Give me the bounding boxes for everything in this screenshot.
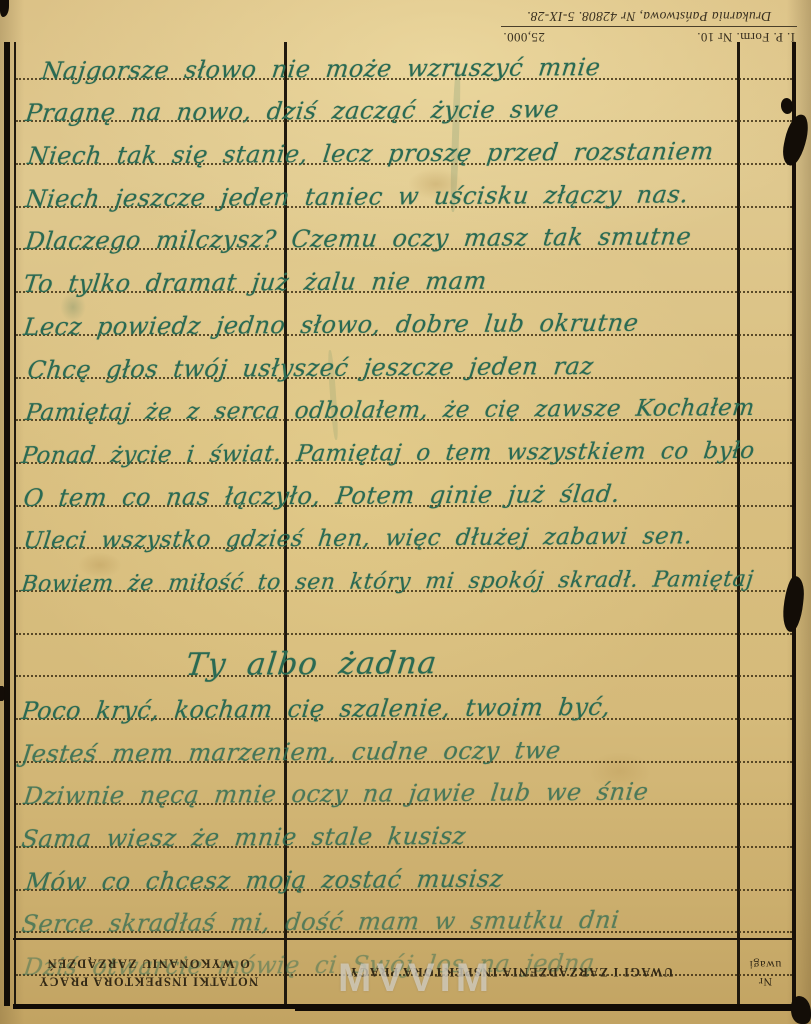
notatki-line2: O WYKONANIU ZARZĄDZEŃ	[38, 954, 258, 972]
blank-ruled-row	[16, 592, 792, 635]
manuscript-row: Niech jeszcze jeden taniec w uścisku złą…	[16, 165, 792, 208]
manuscript-row: Sama wiesz że mnie stale kusisz	[16, 805, 792, 848]
manuscript-row: Chcę głos twój usłyszeć jeszcze jeden ra…	[16, 336, 792, 379]
uwagi-label: uwagi	[749, 955, 781, 972]
notatki-line1: NOTATKI INSPEKTORA PRACY	[38, 972, 258, 990]
imprint-form-number: I. P. Form. Nr 10.	[697, 29, 795, 45]
manuscript-row: Pragnę na nowo, dziś zacząć życie swe	[16, 80, 792, 123]
manuscript-row: Dziwnie nęcą mnie oczy na jawie lub we ś…	[16, 763, 792, 806]
scanned-form-page: I. P. Form. Nr 10. 25,000. Drukarnia Pań…	[0, 0, 811, 1024]
header-cell-notatki: NOTATKI INSPEKTORA PRACY O WYKONANIU ZAR…	[13, 940, 284, 1004]
nr-label: Nr	[749, 972, 781, 989]
header-cell-nr-uwagi-text: Nr uwagi	[749, 955, 781, 990]
manuscript-area: Najgorsze słowo nie może wzruszyć mniePr…	[16, 37, 792, 976]
header-cell-notatki-text: NOTATKI INSPEKTORA PRACY O WYKONANIU ZAR…	[38, 954, 258, 990]
ink-blot-bottom-right	[791, 996, 811, 1024]
manuscript-row: O tem co nas łączyło, Potem ginie już śl…	[16, 464, 792, 507]
imprint-rule	[501, 26, 797, 27]
imprint-copies: 25,000.	[503, 29, 545, 45]
printer-imprint: I. P. Form. Nr 10. 25,000. Drukarnia Pań…	[501, 8, 797, 46]
manuscript-row: Ponad życie i świat. Pamiętaj o tem wszy…	[16, 421, 792, 464]
manuscript-row: Mów co chcesz moją zostać musisz	[16, 848, 792, 891]
manuscript-row: Jesteś mem marzeniem, cudne oczy twe	[16, 720, 792, 763]
bottom-border-offset-line	[295, 1007, 800, 1011]
imprint-form-row: I. P. Form. Nr 10. 25,000.	[501, 28, 797, 46]
manuscript-row: Dlaczego milczysz? Czemu oczy masz tak s…	[16, 208, 792, 251]
imprint-printer-name: Drukarnia Państwowa, Nr 42808. 5-IX-28.	[501, 8, 797, 24]
manuscript-row: Pamiętaj że z serca odbolałem, że cię za…	[16, 379, 792, 422]
manuscript-row: To tylko dramat już żalu nie mam	[16, 250, 792, 293]
archive-watermark: MVVIM	[338, 956, 494, 1001]
ink-blot-top-left	[0, 0, 9, 17]
manuscript-row: Uleci wszystko gdzieś hen, więc dłużej z…	[16, 507, 792, 550]
manuscript-row: Niech tak się stanie, lecz proszę przed …	[16, 122, 792, 165]
manuscript-row: Lecz powiedz jedno słowo, dobre lub okru…	[16, 293, 792, 336]
right-border-line	[792, 42, 796, 1010]
left-border-outer-line	[4, 42, 10, 1006]
manuscript-row: Serce skradłaś mi, dość mam w smutku dni	[16, 891, 792, 934]
song-title-row: Ty albo żadna	[16, 635, 792, 678]
manuscript-row: Bowiem że miłość to sen który mi spokój …	[16, 549, 792, 592]
manuscript-row: Poco kryć, kocham cię szalenie, twoim by…	[16, 677, 792, 720]
ink-blot-left-edge	[0, 686, 5, 701]
header-cell-nr-uwagi: Nr uwagi	[737, 940, 793, 1004]
